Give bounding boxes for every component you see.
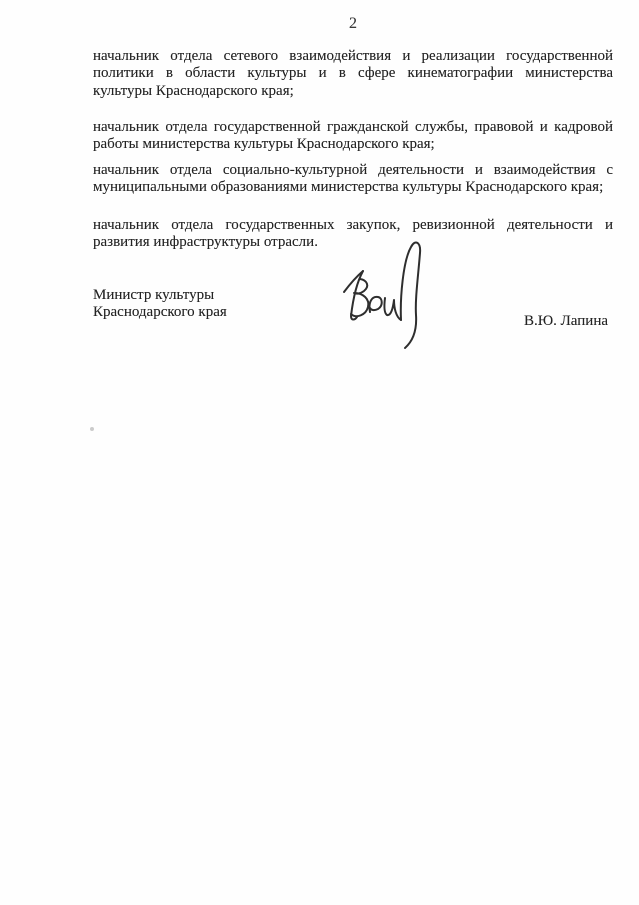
paragraph: начальник отдела государственной граждан… — [93, 119, 613, 154]
paragraph: начальник отдела социально-культурной де… — [93, 162, 613, 197]
text-line: работы министерства культуры Краснодарск… — [93, 136, 613, 153]
text-line: начальник отдела сетевого взаимодействия… — [93, 48, 613, 65]
scan-artifact-dot — [90, 427, 94, 431]
page-number: 2 — [93, 15, 613, 33]
text-line: муниципальными образованиями министерств… — [93, 179, 613, 196]
text-line: культуры Краснодарского края; — [93, 83, 613, 100]
document-page: 2 начальник отдела сетевого взаимодейств… — [0, 0, 639, 905]
text-line: начальник отдела социально-культурной де… — [93, 162, 613, 179]
signer-position: Министр культуры Краснодарского края — [93, 287, 227, 322]
text-line: начальник отдела государственной граждан… — [93, 119, 613, 136]
text-line: Краснодарского края — [93, 304, 227, 321]
text-line: начальник отдела государственных закупок… — [93, 217, 613, 234]
paragraph: начальник отдела сетевого взаимодействия… — [93, 48, 613, 100]
text-line: политики в области культуры и в сфере ки… — [93, 65, 613, 82]
handwritten-signature-icon — [340, 236, 435, 354]
text-line: Министр культуры — [93, 287, 227, 304]
signatory-name: В.Ю. Лапина — [524, 313, 608, 330]
